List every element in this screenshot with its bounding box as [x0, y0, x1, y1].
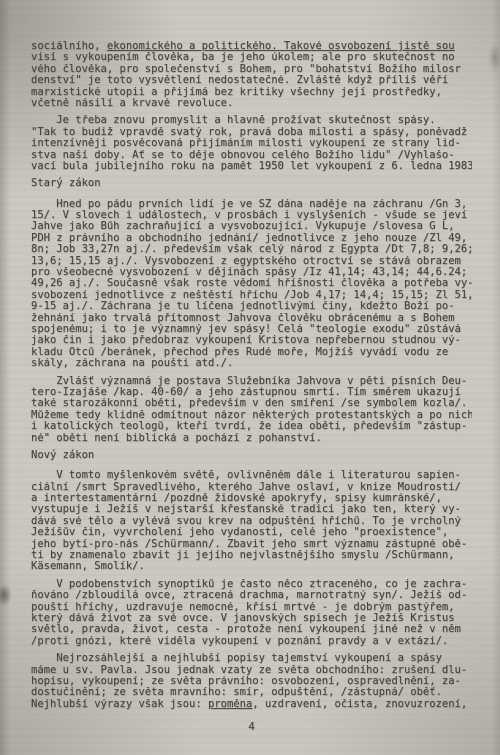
document-line: skály, záchrana na poušti atd./. — [31, 358, 472, 369]
document-line: dostučinění; ze světa mravního: smír, od… — [31, 687, 472, 698]
document-line: svobození jednotlivce z neštěstí hříchu … — [31, 290, 472, 301]
paragraph: Zvlášť významná je postava Služebníka Ja… — [31, 376, 472, 444]
document-line: vací bula jubilejního roku na pamět 1950… — [31, 161, 472, 172]
document-line: 15/. V slovech i událostech, v prosbách … — [31, 210, 472, 221]
document-line: spojenému; i to je významný jev spásy! C… — [31, 324, 472, 335]
section-heading: Nový zákon — [31, 450, 472, 461]
document-line: žehnání jako trvalá přítomnost Jahvova č… — [31, 313, 472, 324]
document-line: denství" je toto vysvětlení nedostatečné… — [31, 75, 472, 86]
document-line: kladu Otců /beránek, přechod přes Rudé m… — [31, 347, 472, 358]
document-line: Nejrozsáhlejší a nejhlubší popisy tajems… — [31, 653, 472, 664]
document-line: pro všeobecné vysvobození v dějinách spá… — [31, 267, 472, 278]
document-line: vého člověka, pro společenství s Bohem, … — [31, 64, 472, 75]
document-line: Hned po pádu prvních lidí je ve SZ dána … — [31, 199, 472, 210]
document-line: visí s vykoupením člověka, ba je jeho úk… — [31, 52, 472, 63]
paragraph: Hned po pádu prvních lidí je ve SZ dána … — [31, 199, 472, 370]
document-line: marxistické utopii a přijímá bez kritiky… — [31, 87, 472, 98]
document-line: 9-15 aj./. Záchrana je tu líčena jednotl… — [31, 301, 472, 312]
document-text-block: sociálního, ekonomického a politického. … — [31, 41, 472, 713]
document-line: Můžeme tedy klidně odmítnout názor někte… — [31, 410, 472, 421]
underlined-text: proměna — [208, 699, 252, 710]
document-line: Zvlášť významná je postava Služebníka Ja… — [31, 376, 472, 387]
document-line: vystupuje i Ježíš v nejstarší křesťanské… — [31, 504, 472, 515]
underlined-text: ekonomického a politického. Takové osvob… — [107, 41, 455, 52]
document-line: né" oběti není biblická a pochází z poha… — [31, 433, 472, 444]
document-line: Nejhlubší výrazy však jsou: proměna, uzd… — [31, 699, 472, 710]
document-line: ciální /smrt Spravedlivého, kterého Jahv… — [31, 482, 472, 493]
text-segment: Nejhlubší výrazy však jsou: — [31, 699, 208, 710]
document-line: jeho bytí-pro-nás /Schürmann/. Zbavit je… — [31, 539, 472, 550]
document-line: V podobenstvích synoptiků je často něco … — [31, 579, 472, 590]
paragraph: Nejrozsáhlejší a nejhlubší popisy tajems… — [31, 653, 472, 710]
document-line: tero-Izajáše /kap. 40-60/ a jeho zástupn… — [31, 387, 472, 398]
paragraph: V tomto myšlenkovém světě, ovlivněném dá… — [31, 470, 472, 573]
document-line: také starozákonní oběti, především v den… — [31, 398, 472, 409]
document-line: intenzívněji posvěcovaná přijímáním milo… — [31, 138, 472, 149]
document-line: /proti gnózi, které viděla vykoupení v p… — [31, 636, 472, 647]
document-line: světlo, pravda, život, cesta - protože n… — [31, 624, 472, 635]
page-number: 4 — [31, 720, 472, 733]
document-line: 13,6; 15,15 aj./. Vysvobození z egyptské… — [31, 256, 472, 267]
document-line: sociálního, ekonomického a politického. … — [31, 41, 472, 52]
paper-stain — [486, 38, 500, 78]
document-line: ňováno /zbloudilá ovce, ztracená drachma… — [31, 590, 472, 601]
paragraph: Je třeba znovu promyslit a hlavně prožív… — [31, 115, 472, 172]
document-line: Jahve jako Bůh zachraňující a vysvobozuj… — [31, 221, 472, 232]
document-line: který dává život za své ovce. V janovský… — [31, 613, 472, 624]
paragraph: sociálního, ekonomického a politického. … — [31, 41, 472, 109]
document-line: "Tak to budiž vpravdě svatý rok, pravá d… — [31, 127, 472, 138]
document-line: ti by znamenalo zbavit ji jejího nejvlas… — [31, 550, 472, 561]
document-line: máme u sv. Pavla. Jsou jednak vzaty ze s… — [31, 665, 472, 676]
document-line: dává své tělo a vylévá svou krev na odpu… — [31, 516, 472, 527]
document-line: i katolických teologů, kteří tvrdí, že i… — [31, 421, 472, 432]
document-line: pouští hříchy, uzdravuje nemocné, křísí … — [31, 602, 472, 613]
text-segment: , uzdravení, očista, znovuzrození, — [252, 699, 467, 710]
document-line: jako čin i jako předobraz vykoupení Kris… — [31, 335, 472, 346]
document-line: Käsemann, Smolík/. — [31, 561, 472, 572]
text-segment: sociálního, — [31, 41, 107, 52]
document-line: hopisu, vykoupení; ze světa právního: os… — [31, 676, 472, 687]
paragraph: V podobenstvích synoptiků je často něco … — [31, 579, 472, 647]
document-line: a intertestamentární /pozdně židovské ap… — [31, 493, 472, 504]
paper-stain — [0, 580, 15, 610]
document-line: V tomto myšlenkovém světě, ovlivněném dá… — [31, 470, 472, 481]
section-heading: Starý zákon — [31, 178, 472, 189]
document-line: včetně násilí a krvavé revoluce. — [31, 98, 472, 109]
document-line: Ježíšův čin, vyvrcholení jeho vydanosti,… — [31, 527, 472, 538]
document-line: 49,26 aj./. Současně však roste vědomí h… — [31, 278, 472, 289]
document-line: PDH z právního a obchodního jednání/ jed… — [31, 233, 472, 244]
document-line: stva naší doby. Ať se to děje obnovou ce… — [31, 150, 472, 161]
document-line: 8n; Job 33,27n aj./. především však celý… — [31, 244, 472, 255]
scanned-document-page: sociálního, ekonomického a politického. … — [0, 0, 500, 755]
document-line: Je třeba znovu promyslit a hlavně prožív… — [31, 115, 472, 126]
